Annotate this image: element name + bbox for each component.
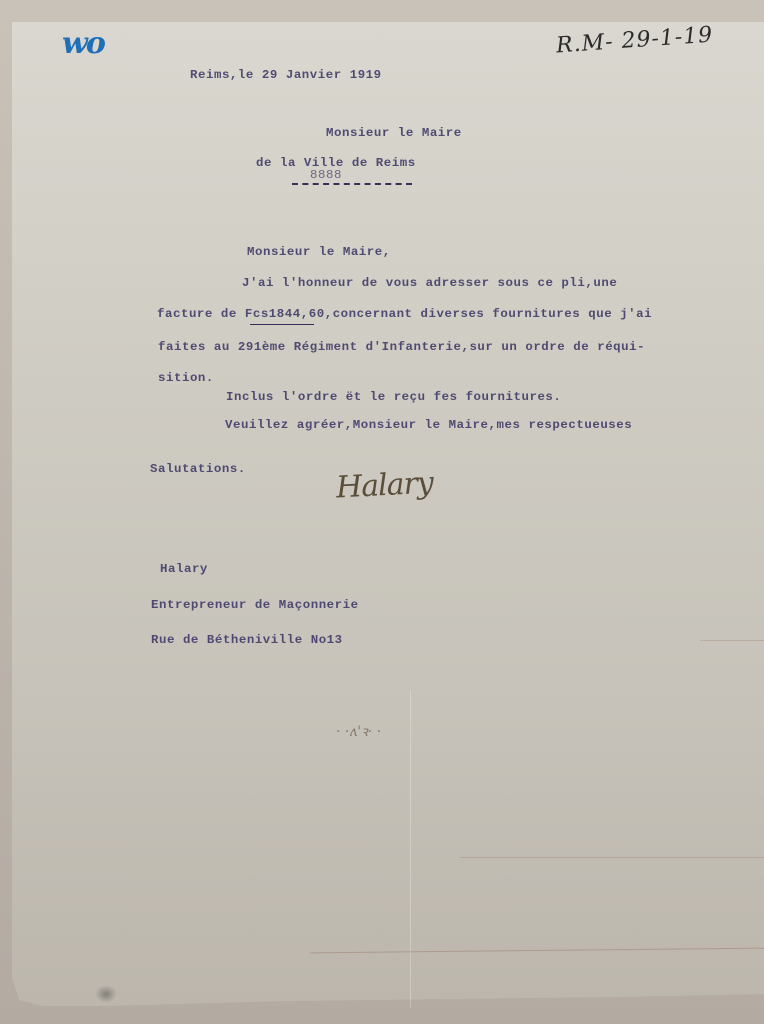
body-line-4: sition.	[158, 371, 214, 385]
body-line-5: Inclus l'ordre ët le reçu fes fourniture…	[226, 390, 561, 404]
sender-address: Rue de Bétheniville No13	[151, 633, 343, 647]
body-line-3: faites au 291ème Régiment d'Infanterie,s…	[158, 340, 645, 354]
closing-line: Veuillez agréer,Monsieur le Maire,mes re…	[225, 418, 632, 432]
place-date: Reims,le 29 Janvier 1919	[190, 68, 382, 82]
pencil-annotation: wo	[62, 26, 104, 61]
paper-fold-line	[460, 857, 764, 858]
paper-fold-line	[700, 640, 764, 641]
amount-underline	[250, 324, 314, 325]
invoice-amount: Fcs1844,60	[245, 307, 325, 321]
body-line-2: facture de Fcs1844,60,concernant diverse…	[157, 307, 652, 321]
sender-name: Halary	[160, 562, 208, 576]
reference-underline	[292, 183, 412, 185]
body-text: ,concernant diverses fournitures que j'a…	[325, 307, 652, 321]
handwritten-signature: Halary	[335, 465, 434, 505]
reference-number: 8888	[310, 168, 342, 182]
body-text: facture de	[157, 307, 245, 321]
faded-stamp-fragment: · ·ʌ'ꝛ· ·	[336, 722, 381, 741]
paper-fold-vertical	[410, 690, 411, 1008]
paper-corner-damage	[95, 985, 117, 1003]
body-line-1: J'ai l'honneur de vous adresser sous ce …	[242, 276, 617, 290]
recipient-line-1: Monsieur le Maire	[326, 126, 462, 140]
closing-salutations: Salutations.	[150, 462, 246, 476]
sender-title: Entrepreneur de Maçonnerie	[151, 598, 359, 612]
salutation: Monsieur le Maire,	[247, 245, 391, 259]
